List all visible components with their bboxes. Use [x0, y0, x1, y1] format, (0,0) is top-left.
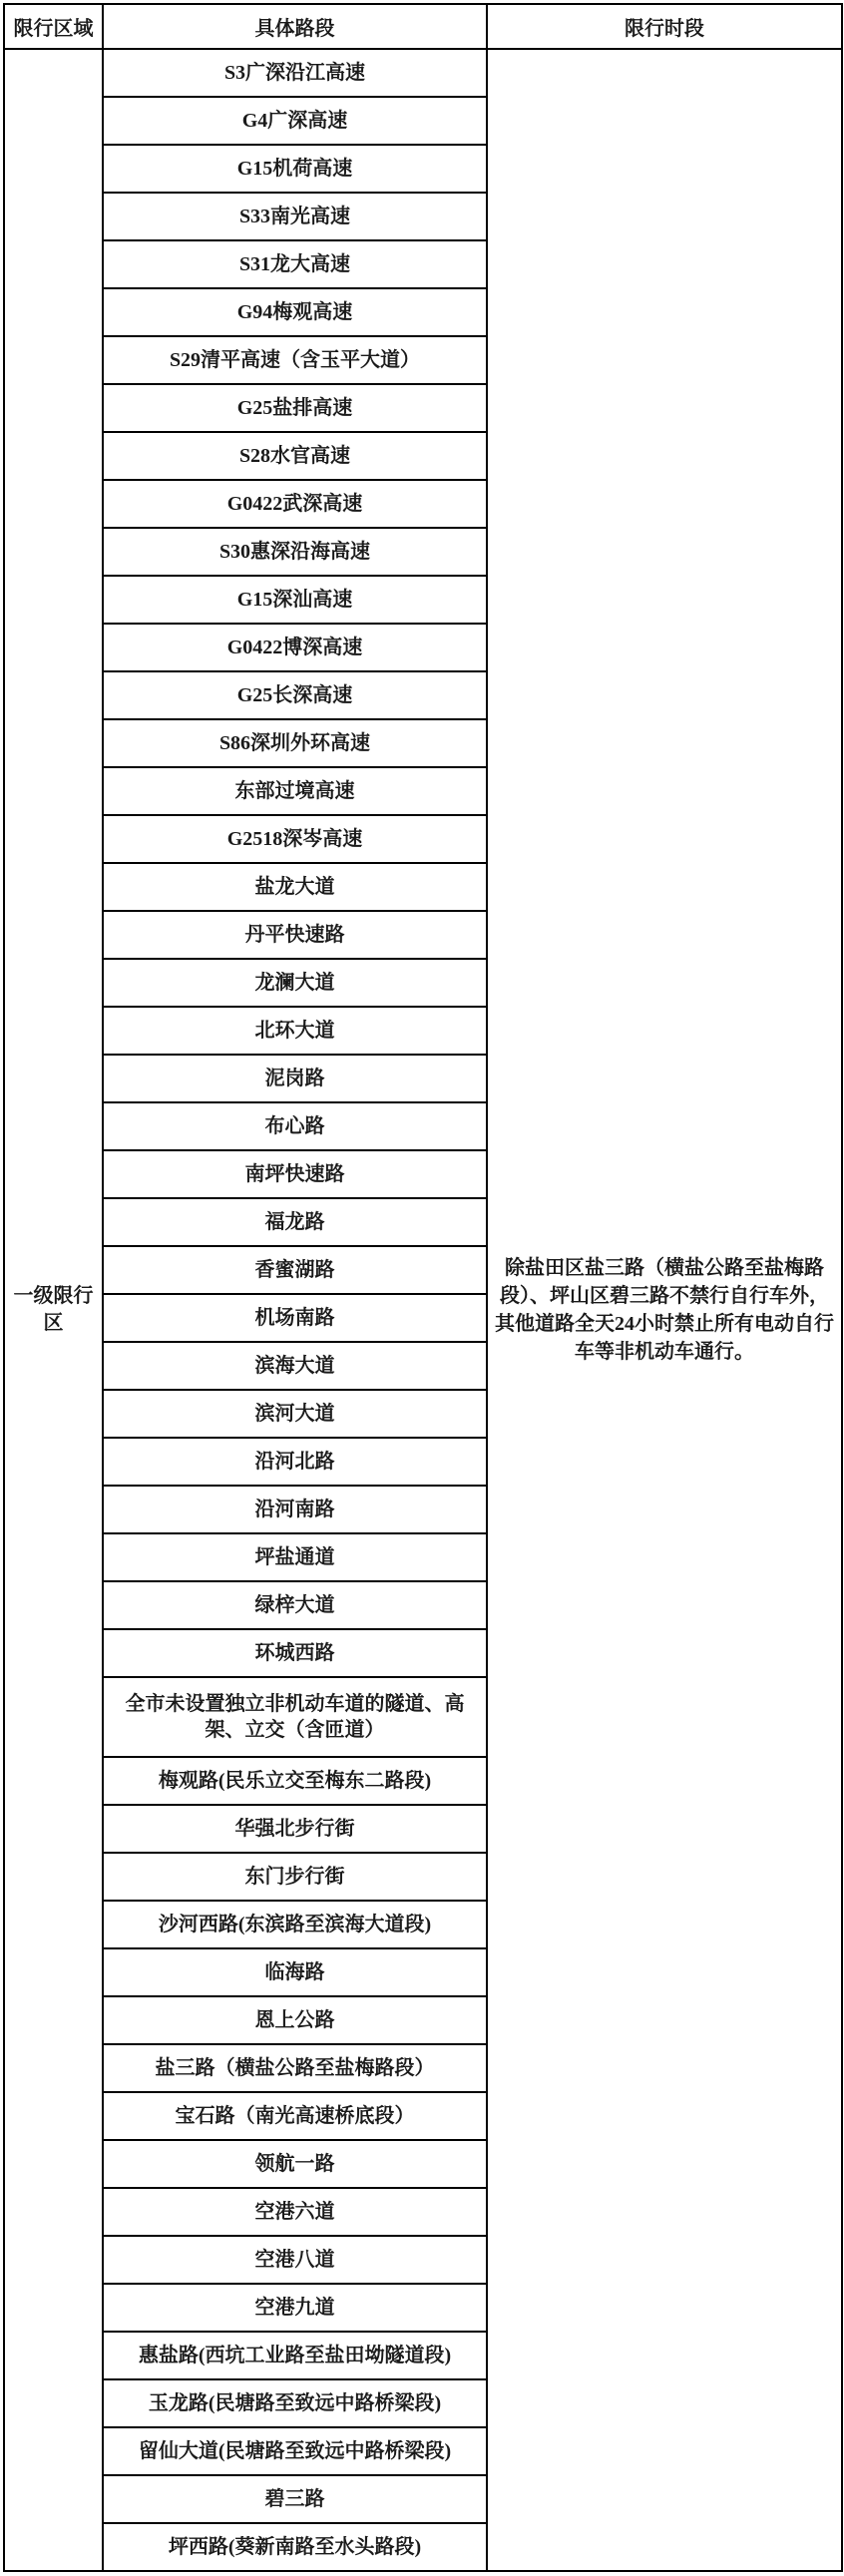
road-cell: 碧三路 — [103, 2475, 487, 2523]
area-cell: 一级限行区 — [4, 49, 103, 2571]
road-cell: 滨海大道 — [103, 1342, 487, 1390]
road-cell: 北环大道 — [103, 1007, 487, 1055]
road-cell: G0422博深高速 — [103, 624, 487, 671]
road-cell: S31龙大高速 — [103, 240, 487, 288]
time-cell: 除盐田区盐三路（横盐公路至盐梅路段）、坪山区碧三路不禁行自行车外，其他道路全天2… — [487, 49, 842, 2571]
road-cell: S29清平高速（含玉平大道） — [103, 336, 487, 384]
road-cell: 玉龙路(民塘路至致远中路桥梁段) — [103, 2379, 487, 2427]
road-cell: 丹平快速路 — [103, 911, 487, 959]
road-cell: S33南光高速 — [103, 193, 487, 240]
road-cell: 空港六道 — [103, 2188, 487, 2236]
road-cell: 布心路 — [103, 1102, 487, 1150]
road-cell: S30惠深沿海高速 — [103, 528, 487, 576]
road-cell: G2518深岑高速 — [103, 815, 487, 863]
road-cell: S86深圳外环高速 — [103, 719, 487, 767]
road-cell: 全市未设置独立非机动车道的隧道、高架、立交（含匝道） — [103, 1677, 487, 1757]
road-cell: 南坪快速路 — [103, 1150, 487, 1198]
road-cell: 沙河西路(东滨路至滨海大道段) — [103, 1901, 487, 1948]
road-cell: 盐三路（横盐公路至盐梅路段） — [103, 2044, 487, 2092]
road-cell: G0422武深高速 — [103, 480, 487, 528]
road-rows: 一级限行区S3广深沿江高速除盐田区盐三路（横盐公路至盐梅路段）、坪山区碧三路不禁… — [4, 49, 842, 2571]
road-cell: 沿河南路 — [103, 1486, 487, 1533]
road-cell: 临海路 — [103, 1948, 487, 1996]
road-cell: G25盐排高速 — [103, 384, 487, 432]
road-cell: 香蜜湖路 — [103, 1246, 487, 1294]
restriction-table: 限行区域 具体路段 限行时段 一级限行区S3广深沿江高速除盐田区盐三路（横盐公路… — [3, 3, 843, 2572]
road-cell: G25长深高速 — [103, 671, 487, 719]
road-cell: 机场南路 — [103, 1294, 487, 1342]
road-cell: 梅观路(民乐立交至梅东二路段) — [103, 1757, 487, 1805]
road-cell: G15机荷高速 — [103, 145, 487, 193]
road-cell: 华强北步行街 — [103, 1805, 487, 1853]
road-cell: 东部过境高速 — [103, 767, 487, 815]
road-cell: 留仙大道(民塘路至致远中路桥梁段) — [103, 2427, 487, 2475]
table-header-row: 限行区域 具体路段 限行时段 — [4, 4, 842, 49]
road-cell: 盐龙大道 — [103, 863, 487, 911]
table-row: 一级限行区S3广深沿江高速除盐田区盐三路（横盐公路至盐梅路段）、坪山区碧三路不禁… — [4, 49, 842, 97]
road-cell: 坪西路(葵新南路至水头路段) — [103, 2523, 487, 2571]
road-cell: 龙澜大道 — [103, 959, 487, 1007]
road-cell: 惠盐路(西坑工业路至盐田坳隧道段) — [103, 2332, 487, 2379]
header-area: 限行区域 — [4, 4, 103, 49]
road-cell: 沿河北路 — [103, 1438, 487, 1486]
road-cell: 宝石路（南光高速桥底段） — [103, 2092, 487, 2140]
road-cell: 坪盐通道 — [103, 1533, 487, 1581]
road-cell: 福龙路 — [103, 1198, 487, 1246]
road-cell: G15深汕高速 — [103, 576, 487, 624]
document-page: 限行区域 具体路段 限行时段 一级限行区S3广深沿江高速除盐田区盐三路（横盐公路… — [0, 0, 844, 2576]
road-cell: 泥岗路 — [103, 1055, 487, 1102]
road-cell: 绿梓大道 — [103, 1581, 487, 1629]
road-cell: 恩上公路 — [103, 1996, 487, 2044]
road-cell: G94梅观高速 — [103, 288, 487, 336]
road-cell: S3广深沿江高速 — [103, 49, 487, 97]
road-cell: 东门步行街 — [103, 1853, 487, 1901]
road-cell: S28水官高速 — [103, 432, 487, 480]
road-cell: 滨河大道 — [103, 1390, 487, 1438]
road-cell: 空港九道 — [103, 2284, 487, 2332]
road-cell: 领航一路 — [103, 2140, 487, 2188]
header-roads: 具体路段 — [103, 4, 487, 49]
road-cell: 空港八道 — [103, 2236, 487, 2284]
road-cell: 环城西路 — [103, 1629, 487, 1677]
header-time: 限行时段 — [487, 4, 842, 49]
road-cell: G4广深高速 — [103, 97, 487, 145]
